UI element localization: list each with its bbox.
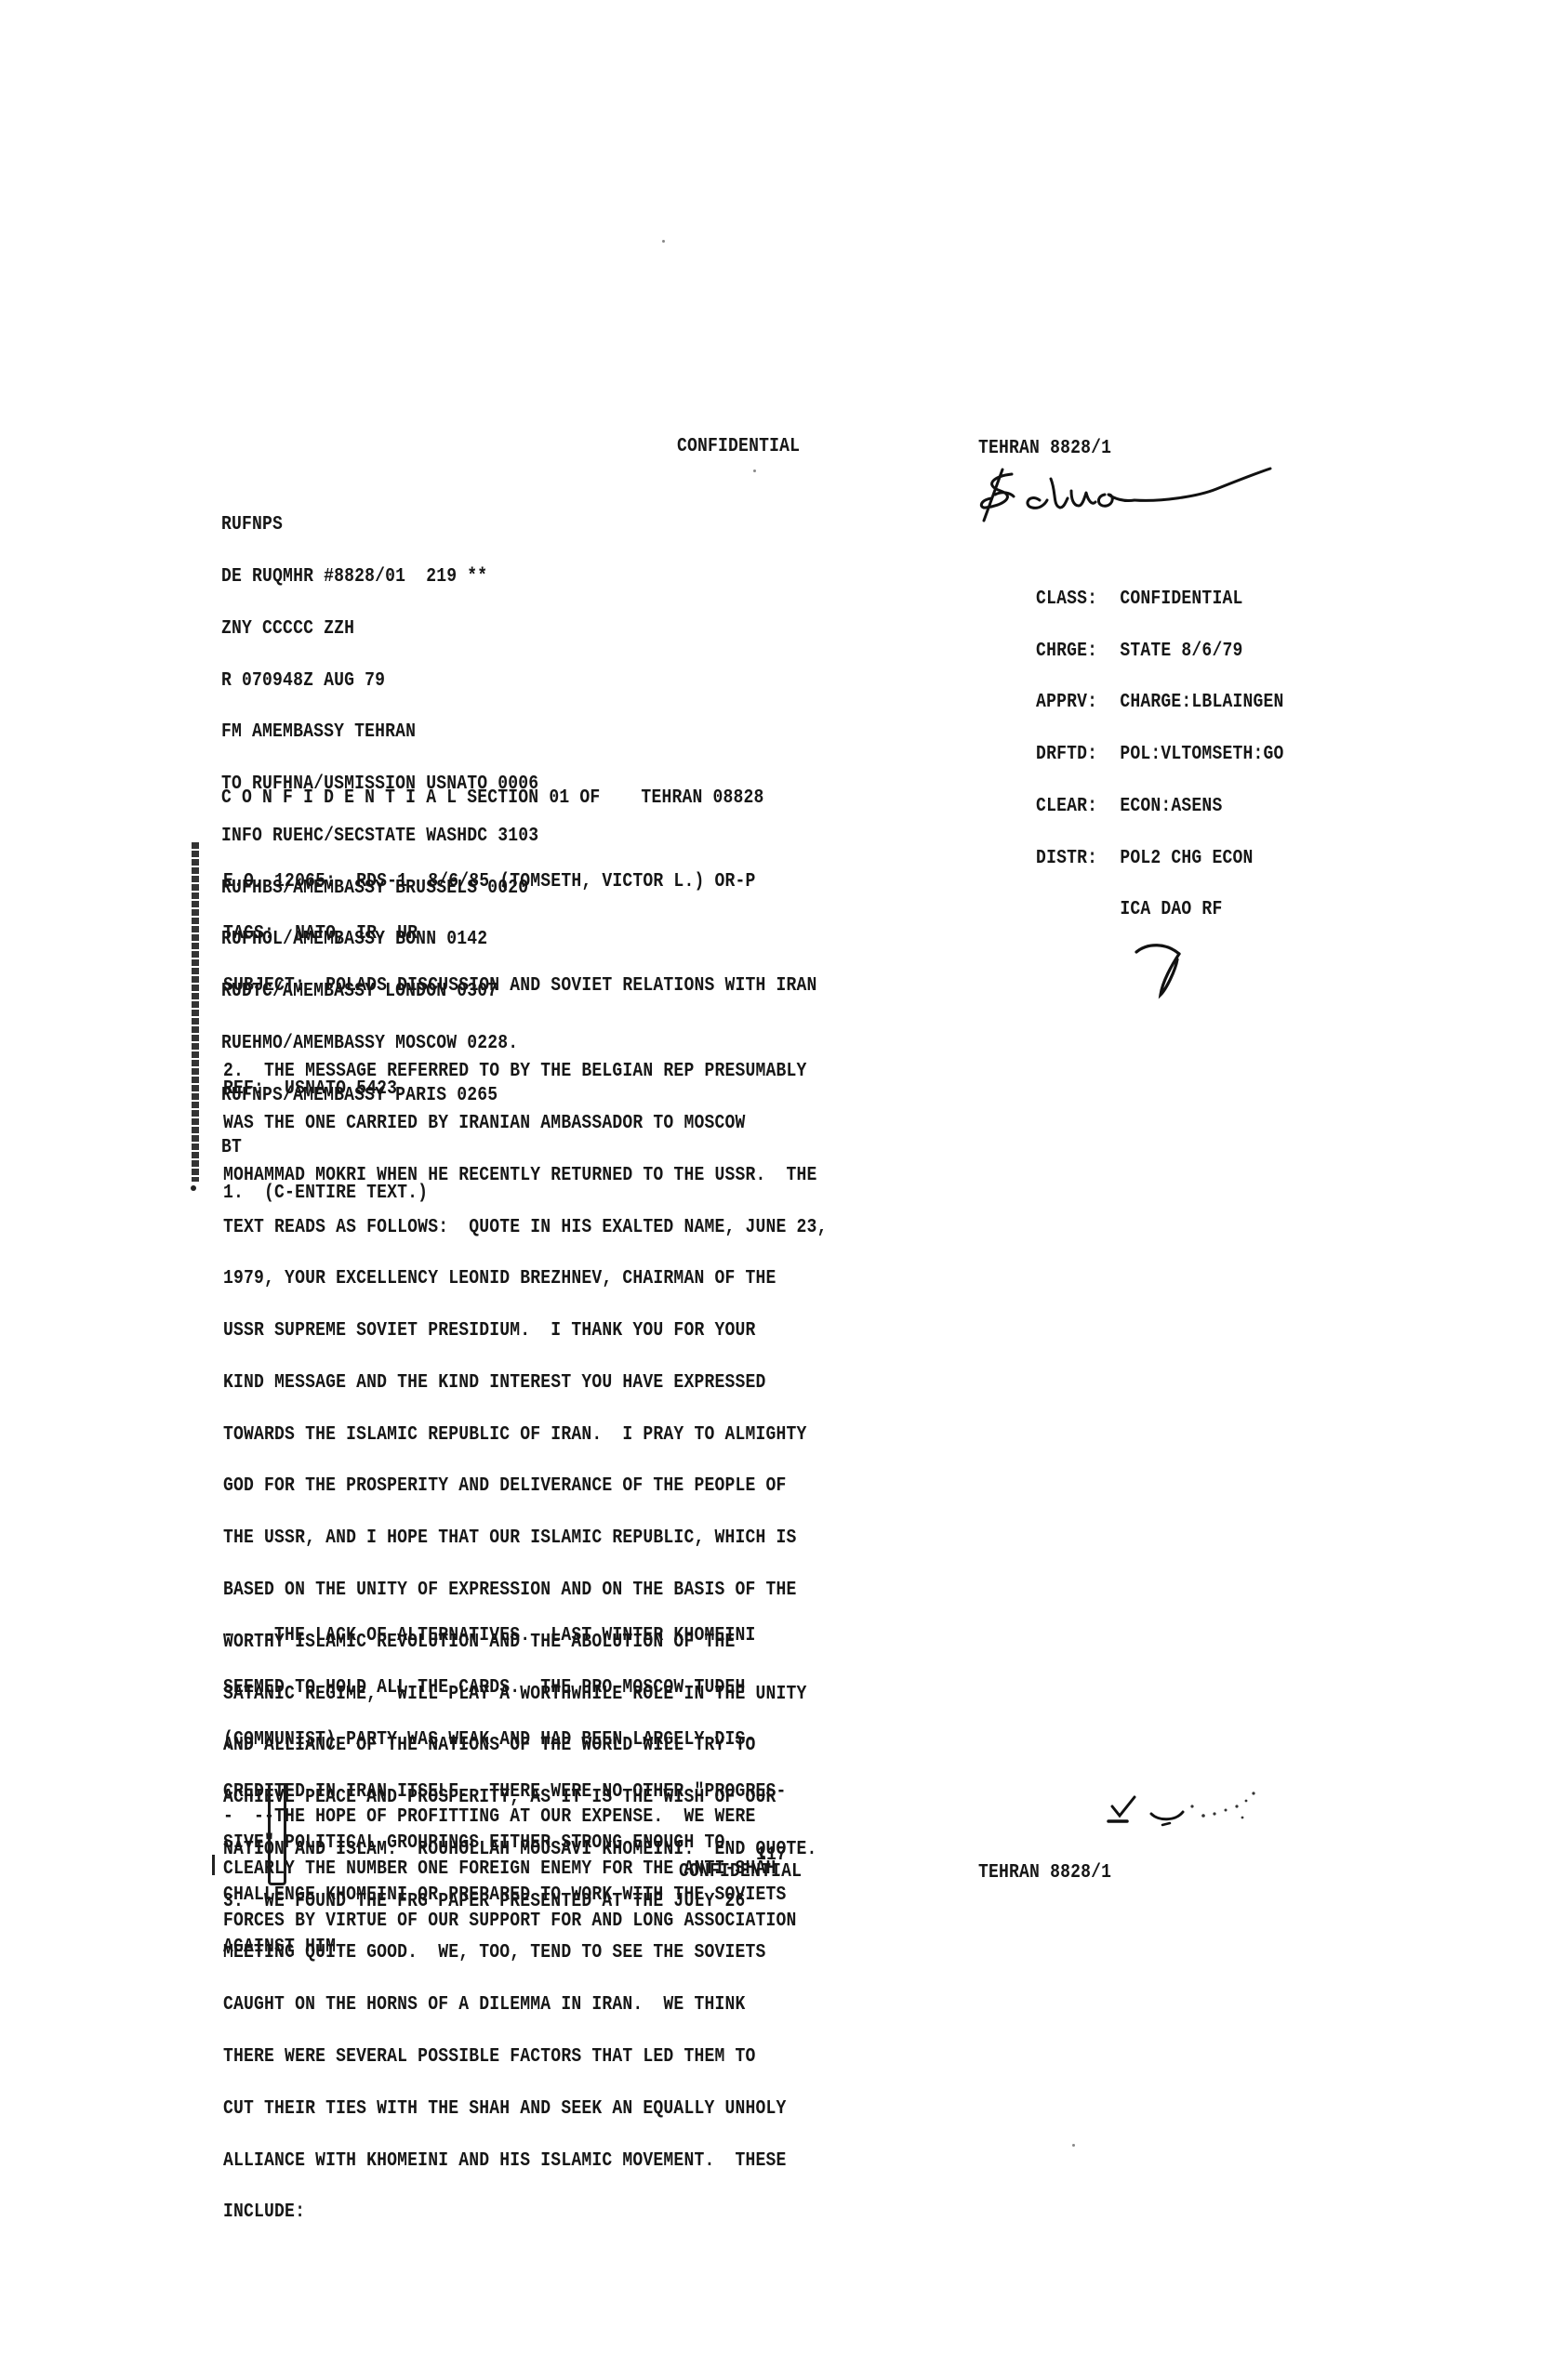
bullet-line: - --THE LACK OF ALTERNATIVES. LAST WINTE… [223,1628,787,1646]
info-value: CHARGE:LBLAINGEN [1120,694,1283,712]
body-line: THERE WERE SEVERAL POSSIBLE FACTORS THAT… [223,2049,828,2067]
margin-stamp-bar [192,842,199,1182]
info-value: CONFIDENTIAL [1120,591,1242,609]
header-classification: CONFIDENTIAL [677,439,800,456]
info-row-drafted: DRFTD:POL:VLTOMSETH:GO [975,730,1284,747]
info-value: ECON:ASENS [1120,799,1222,816]
routing-line: RUFNPS [221,517,538,535]
body-line: TOWARDS THE ISLAMIC REPUBLIC OF IRAN. I … [223,1427,828,1445]
info-label: CLASS: [1036,591,1120,609]
info-row-class: CLASS:CONFIDENTIAL [975,574,1284,591]
subject-line: SUBJECT: POLADS DISCUSSION AND SOVIET RE… [223,978,817,996]
banner-section: SECTION 01 OF [467,787,600,809]
tags-line: TAGS: NATO, IR, UR [223,926,817,944]
margin-tick [212,1855,215,1875]
signature-icon [975,465,1281,539]
banner-cable-number: TEHRAN 08828 [641,787,763,809]
body-line: ALLIANCE WITH KHOMEINI AND HIS ISLAMIC M… [223,2153,828,2171]
info-row-approved: APPRV:CHARGE:LBLAINGEN [975,678,1284,695]
info-label: APPRV: [1036,694,1120,712]
routing-line: ZNY CCCCC ZZH [221,621,538,639]
scan-speck [753,469,756,472]
body-line: GOD FOR THE PROSPERITY AND DELIVERANCE O… [223,1478,828,1496]
body-line: MOHAMMAD MOKRI WHEN HE RECENTLY RETURNED… [223,1168,828,1185]
info-value: STATE 8/6/79 [1120,643,1242,661]
footer-cable-reference: TEHRAN 8828/1 [978,1865,1111,1883]
body-line: KIND MESSAGE AND THE KIND INTEREST YOU H… [223,1375,828,1393]
routing-line: DE RUQMHR #8828/01 219 ** [221,569,538,587]
body-line: 1979, YOUR EXCELLENCY LEONID BREZHNEV, C… [223,1271,828,1289]
bullet-line: (COMMUNIST) PARTY WAS WEAK AND HAD BEEN … [223,1732,787,1750]
body-line: THE USSR, AND I HOPE THAT OUR ISLAMIC RE… [223,1530,828,1548]
bullet-line: - --THE HOPE OF PROFITTING AT OUR EXPENS… [223,1809,797,1827]
margin-dot [191,1185,196,1191]
body-line: USSR SUPREME SOVIET PRESIDIUM. I THANK Y… [223,1323,828,1341]
bracket-mark [268,1783,286,1885]
check-mark-icon [1107,1790,1293,1836]
info-label: DRFTD: [1036,747,1120,764]
document-page: CONFIDENTIAL TEHRAN 8828/1 RUFNPS DE RUQ… [0,0,1566,2380]
routing-line: R 070948Z AUG 79 [221,673,538,691]
body-line: WAS THE ONE CARRIED BY IRANIAN AMBASSADO… [223,1116,828,1133]
info-label: DISTR: [1036,851,1120,868]
body-line: CAUGHT ON THE HORNS OF A DILEMMA IN IRAN… [223,1997,828,2015]
info-label: CHRGE: [1036,643,1120,661]
cable-info-block: CLASS:CONFIDENTIAL CHRGE:STATE 8/6/79 AP… [975,539,1284,937]
bullet-line: FORCES BY VIRTUE OF OUR SUPPORT FOR AND … [223,1913,797,1931]
info-row-distribution-cont: ICA DAO RF [975,885,1284,903]
body-line: 2. THE MESSAGE REFERRED TO BY THE BELGIA… [223,1064,828,1081]
bullet-line: SEEMED TO HOLD ALL THE CARDS. THE PRO-MO… [223,1680,787,1698]
body-line: CUT THEIR TIES WITH THE SHAH AND SEEK AN… [223,2101,828,2119]
footer-classification: CONFIDENTIAL [679,1864,802,1882]
scan-speck [1072,2144,1075,2147]
info-value: ICA DAO RF [1120,902,1222,919]
info-row-distribution: DISTR:POL2 CHG ECON [975,833,1284,851]
body-line: TEXT READS AS FOLLOWS: QUOTE IN HIS EXAL… [223,1220,828,1237]
info-label: CLEAR: [1036,799,1120,816]
eo-line: E.O. 12065: RDS-1 8/6/85 (TOMSETH, VICTO… [223,874,817,892]
info-row-charge: CHRGE:STATE 8/6/79 [975,626,1284,643]
handwritten-mark-icon [1135,939,1190,1004]
info-value: POL:VLTOMSETH:GO [1120,747,1283,764]
header-cable-reference: TEHRAN 8828/1 [978,441,1111,458]
scan-speck [662,240,665,243]
routing-line: FM AMEMBASSY TEHRAN [221,724,538,742]
info-row-clear: CLEAR:ECON:ASENS [975,781,1284,799]
section-banner: C O N F I D E N T I A L SECTION 01 OF TE… [221,790,764,808]
banner-classification: C O N F I D E N T I A L [221,787,457,809]
body-line: INCLUDE: [223,2204,828,2222]
info-value: POL2 CHG ECON [1120,851,1253,868]
